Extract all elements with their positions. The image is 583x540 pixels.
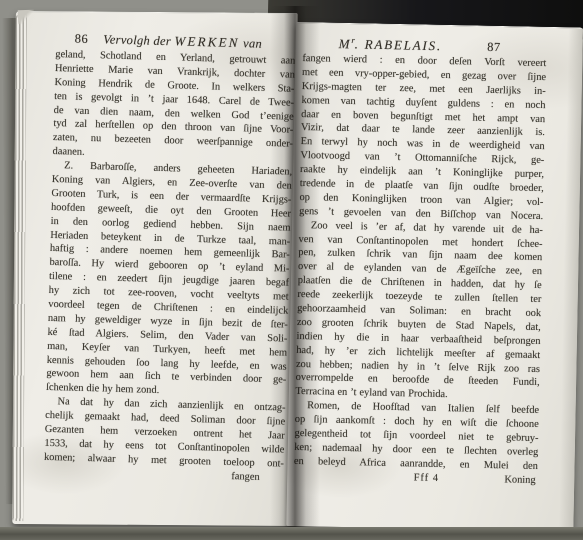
corner-fold xyxy=(18,10,34,25)
page-right-edge xyxy=(557,28,583,531)
page-number: 86 xyxy=(75,32,89,47)
right-page-header: Mr. RABELAIS. 87 xyxy=(303,30,547,53)
table-surface xyxy=(0,527,583,540)
page-number: 87 xyxy=(487,38,501,56)
page-edge-stack xyxy=(12,14,27,521)
signature-mark: Fff 4 xyxy=(413,471,439,486)
catchword: Koning xyxy=(504,473,535,488)
body-text: geland, Schotland en Yerland, getrouwt a… xyxy=(44,48,296,471)
book-scan: { "colors": { "paper": "#ebe9e2", "ink":… xyxy=(0,0,583,540)
left-page-text: 86 Vervolgh der WERKEN van geland, Schot… xyxy=(43,30,295,485)
body-text: fangen wierd : en door deſen Vorſt veree… xyxy=(294,52,547,474)
running-title: Vervolgh der WERKEN van xyxy=(103,31,262,51)
right-page-text: Mr. RABELAIS. 87 fangen wierd : en door … xyxy=(294,30,547,488)
running-title: Mr. RABELAIS. xyxy=(339,31,443,55)
